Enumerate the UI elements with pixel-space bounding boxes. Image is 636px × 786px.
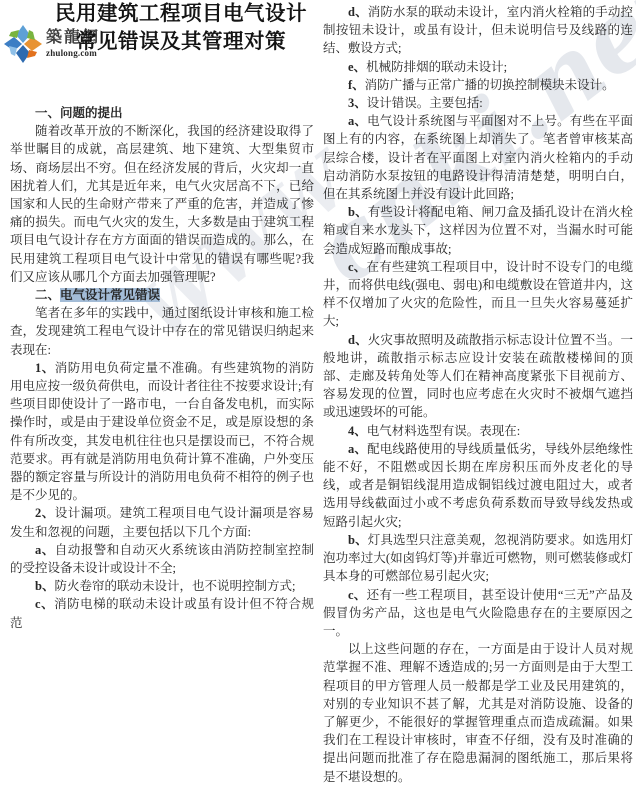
section-heading-2: 二、电气设计常见错误 <box>10 286 314 304</box>
item-1: 1、消防用电负荷定量不准确。有些建筑物的消防用电应按一级负荷供电，而设计者往往不… <box>10 359 314 505</box>
item-2d: d、消防水泵的联动未设计，室内消火栓箱的手动控制按钮未设计，或虽有设计，但未说明… <box>323 3 633 58</box>
page-title: 民用建筑工程项目电气设计 常见错误及其管理对策 <box>52 0 310 56</box>
section-heading-1: 一、问题的提出 <box>10 104 314 122</box>
item-3: 3、设计错误。主要包括: <box>323 94 633 112</box>
highlighted-text: 电气设计常见错误 <box>60 288 160 302</box>
item-2: 2、设计漏项。建筑工程项目电气设计漏项是容易发生和忽视的问题，主要包括以下几个方… <box>10 504 314 540</box>
item-3c: c、在有些建筑工程项目中，设计时不设专门的电缆井，而将供电线(强电、弱电)和电缆… <box>323 258 633 331</box>
item-3a: a、电气设计系统图与平面图对不上号。有些在平面图上有的内容，在系统图上却消失了。… <box>323 112 633 203</box>
paragraph-intro: 随着改革开放的不断深化，我国的经济建设取得了举世瞩目的成就，高层建筑、地下建筑、… <box>10 122 314 286</box>
paragraph-conclusion: 以上这些问题的存在，一方面是由于设计人员对规范掌握不准、理解不透造成的;另一方面… <box>323 640 633 786</box>
page-title-line-1: 民用建筑工程项目电气设计 <box>52 0 310 28</box>
item-2b: b、防火卷帘的联动未设计，也不说明控制方式; <box>10 577 314 595</box>
item-2a: a、自动报警和自动灭火系统该由消防控制室控制的受控设备未设计或设计不全; <box>10 541 314 577</box>
item-2e: e、机械防排烟的联动未设计; <box>323 58 633 76</box>
item-3b: b、有些设计将配电箱、闸刀盒及插孔设计在消火栓箱或自来水龙头下，这样因为位置不对… <box>323 203 633 258</box>
item-3d: d、火灾事故照明及疏散指示标志设计位置不当。一般地讲，疏散指示标志应设计安装在疏… <box>323 331 633 422</box>
paragraph-overview: 笔者在多年的实践中，通过图纸设计审核和施工检查，发现建筑工程电气设计中存在的常见… <box>10 304 314 359</box>
item-4c: c、还有一些工程项目，甚至设计使用“三无”产品及假冒伪劣产品，这也是电气火险隐患… <box>323 586 633 641</box>
document-page: cnki.net WWW 築龍網 zhulong.com 民用建筑工程项目电气设… <box>0 0 636 786</box>
item-4a: a、配电线路使用的导线质量低劣，导线外层绝缘性能不好，不阻燃或因长期在库房积压而… <box>323 440 633 531</box>
column-left: 一、问题的提出随着改革开放的不断深化，我国的经济建设取得了举世瞩目的成就，高层建… <box>10 104 314 632</box>
item-2f: f、消防广播与正常广播的切换控制模块未设计。 <box>323 76 633 94</box>
item-4: 4、电气材料选型有误。表现在: <box>323 422 633 440</box>
page-title-line-2: 常见错误及其管理对策 <box>52 28 310 56</box>
column-right: d、消防水泵的联动未设计，室内消火栓箱的手动控制按钮未设计，或虽有设计，但未说明… <box>323 3 633 786</box>
item-2c: c、消防电梯的联动未设计或虽有设计但不符合规范 <box>10 595 314 631</box>
item-4b: b、灯具选型只注意美观，忽视消防要求。如选用灯泡功率过大(如卤钨灯等)并靠近可燃… <box>323 531 633 586</box>
pinwheel-logo-icon <box>3 24 43 64</box>
